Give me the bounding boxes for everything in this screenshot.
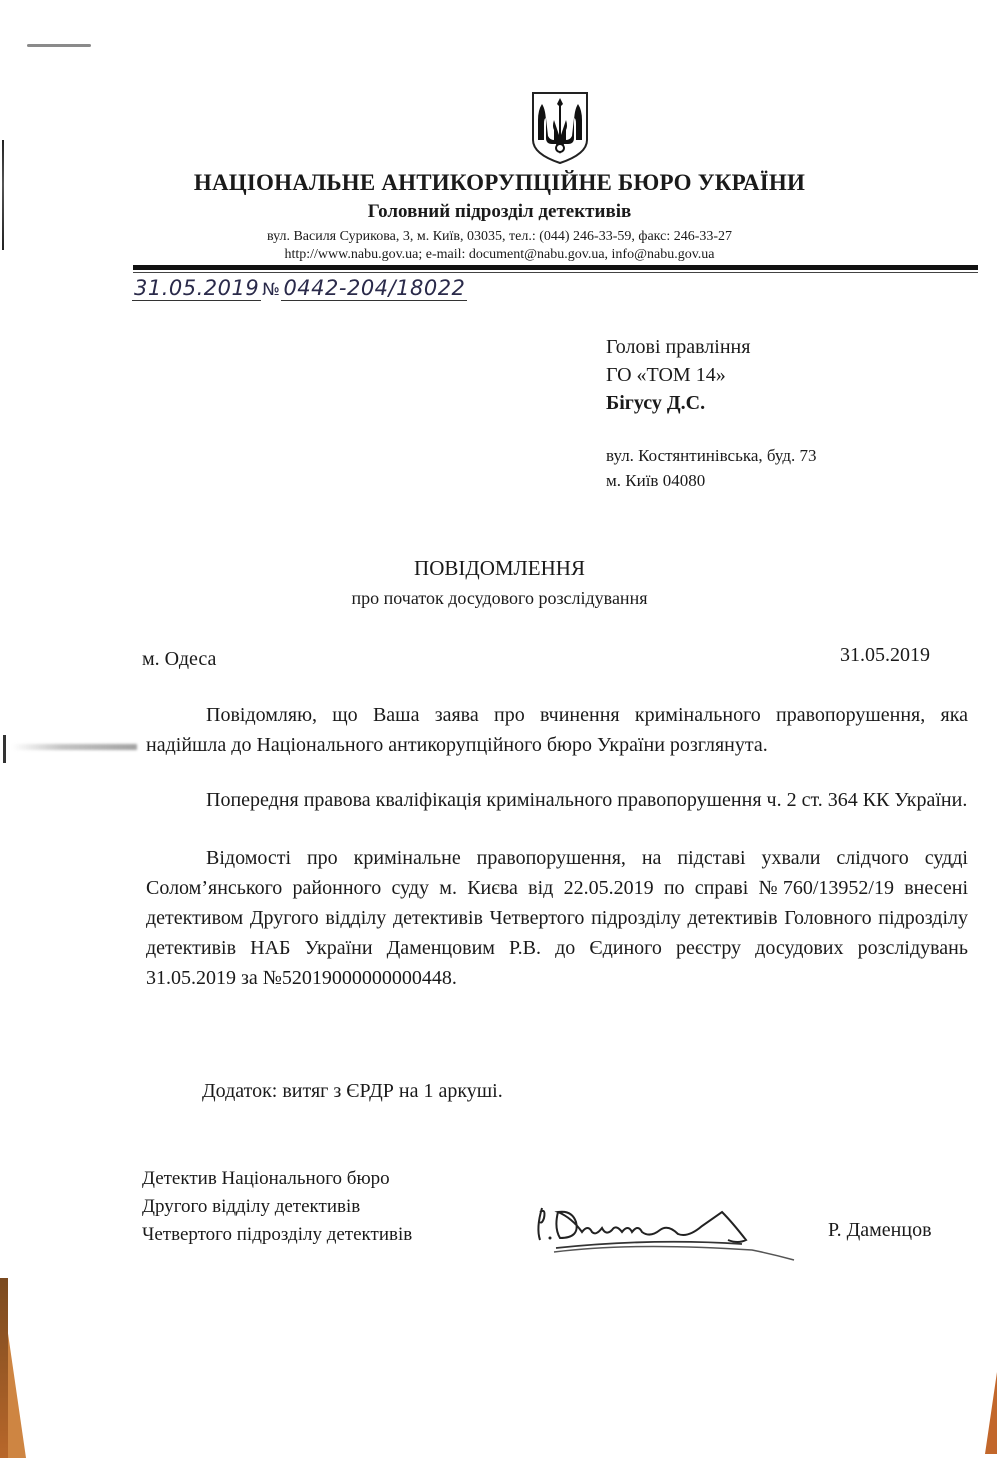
number-sign: №	[262, 280, 280, 300]
registration-date: 31.05.2019	[132, 276, 261, 301]
organization-contacts: http://www.nabu.gov.ua; e-mail: document…	[0, 247, 999, 263]
paragraph-text: Повідомляю, що Ваша заява про вчинення к…	[146, 700, 968, 760]
scan-edge-shadow-left-inner	[0, 1278, 8, 1458]
addressee-city: м. Київ 04080	[606, 468, 816, 493]
paragraph-text: Відомості про кримінальне правопорушення…	[146, 843, 968, 993]
body-paragraph-1: Повідомляю, що Ваша заява про вчинення к…	[146, 700, 968, 760]
scan-artifact-dash	[27, 44, 91, 47]
addressee-street: вул. Костянтинівська, буд. 73	[606, 443, 816, 468]
signatory-position-line: Другого відділу детективів	[142, 1193, 412, 1221]
registration-code: 0442-204/18022	[281, 276, 467, 301]
addressee-organization: ГО «ТОМ 14»	[606, 361, 750, 389]
signatory-position: Детектив Національного бюро Другого відд…	[142, 1165, 412, 1249]
addressee: Голові правління ГО «ТОМ 14» Бігусу Д.С.	[606, 333, 750, 417]
annex-note: Додаток: витяг з ЄРДР на 1 аркуші.	[202, 1080, 503, 1103]
document-place: м. Одеса	[142, 648, 216, 671]
scan-artifact-smudge	[12, 744, 137, 750]
letterhead-divider-thin	[133, 272, 978, 273]
organization-address: вул. Василя Сурикова, 3, м. Київ, 03035,…	[0, 229, 999, 245]
document-title: ПОВІДОМЛЕННЯ	[0, 556, 999, 581]
body-paragraph-3: Відомості про кримінальне правопорушення…	[146, 843, 968, 993]
addressee-name: Бігусу Д.С.	[606, 389, 750, 417]
document-subtitle: про початок досудового розслідування	[0, 588, 999, 609]
organization-name: НАЦІОНАЛЬНЕ АНТИКОРУПЦІЙНЕ БЮРО УКРАЇНИ	[0, 170, 999, 196]
ukraine-trident-coat-of-arms-icon	[530, 90, 590, 166]
letterhead-divider	[133, 265, 978, 270]
signatory-position-line: Четвертого підрозділу детективів	[142, 1221, 412, 1249]
division-name: Головний підрозділ детективів	[0, 201, 999, 223]
addressee-address: вул. Костянтинівська, буд. 73 м. Київ 04…	[606, 443, 816, 493]
signatory-name: Р. Даменцов	[828, 1219, 932, 1242]
scan-edge-shadow-right	[985, 1372, 997, 1454]
registration-number: 31.05.2019№0442-204/18022	[132, 276, 467, 300]
scan-artifact-edge-mark	[3, 735, 6, 763]
addressee-position: Голові правління	[606, 333, 750, 361]
signatory-position-line: Детектив Національного бюро	[142, 1165, 412, 1193]
paragraph-text: Попередня правова кваліфікація криміналь…	[146, 785, 968, 815]
handwritten-signature	[532, 1198, 802, 1268]
body-paragraph-2: Попередня правова кваліфікація криміналь…	[146, 785, 968, 815]
document-date: 31.05.2019	[840, 644, 930, 667]
